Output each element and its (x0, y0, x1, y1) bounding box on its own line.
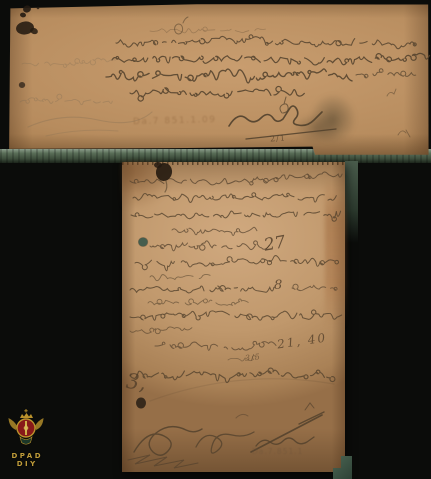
emblem-shield-base (20, 437, 32, 444)
archive-photo: Da.7 851.1.09 2/1 27 8 21, 40 3/5 3, Da.… (0, 0, 431, 479)
figure-big-three: 3, (125, 369, 147, 395)
crown-icon (20, 413, 33, 418)
figure-large-number: 27 (262, 232, 287, 255)
right-wing-icon (35, 418, 44, 430)
perforated-top-edge (122, 162, 345, 165)
crown-cross-icon (24, 409, 27, 413)
document-top-strip (7, 3, 429, 155)
figure-fraction: 3/5 (245, 352, 262, 363)
archive-stamp-bottom: Da.7.851.1 (252, 447, 303, 456)
watermark-region-label: DIY (6, 460, 46, 468)
document-bottom-letter (122, 162, 345, 472)
left-wing-icon (9, 418, 18, 430)
watermark-org-label: DPAD (6, 452, 46, 460)
figure-eight: 8 (274, 278, 282, 293)
dpad-watermark: DPAD DIY (6, 408, 46, 468)
backing-board-right-sliver (345, 161, 358, 243)
signature-fraction-note: 2/1 (270, 133, 286, 143)
dpad-diy-emblem (6, 408, 46, 448)
